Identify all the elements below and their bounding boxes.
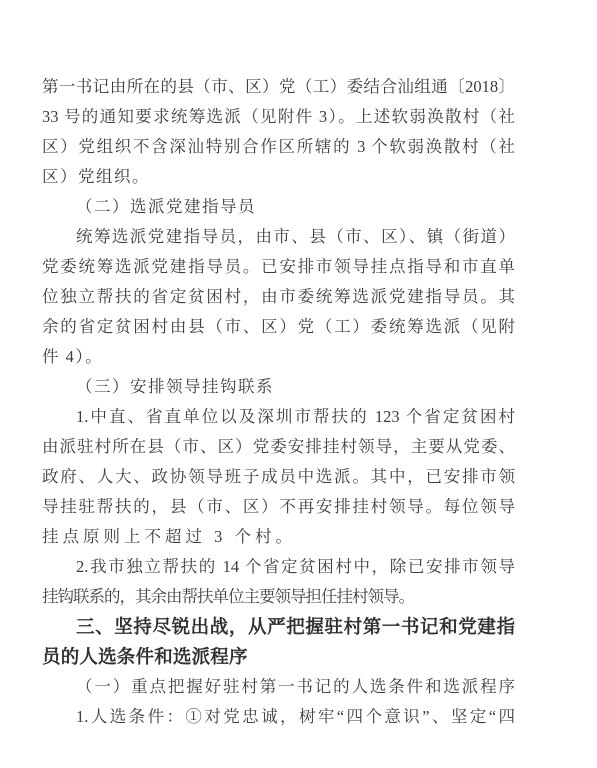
document-text-block: 第一书记由所在的县（市、区）党（工）委结合汕组通〔2018〕33 号的通知要求统… <box>42 72 515 732</box>
document-page: 第一书记由所在的县（市、区）党（工）委结合汕组通〔2018〕33 号的通知要求统… <box>0 0 597 768</box>
text-line: 由派驻村所在县（市、区）党委安排挂村领导，主要从党委、 <box>42 432 515 462</box>
heading-line: 员的人选条件和选派程序 <box>42 642 515 672</box>
text-line: 政府、人大、政协领导班子成员中选派。其中，已安排市领 <box>42 462 515 492</box>
text-line: 1.人选条件：①对党忠诚，树牢“四个意识”、坚定“四 <box>42 702 515 732</box>
text-line: （二）选派党建指导员 <box>42 192 515 222</box>
text-line: 1.中直、省直单位以及深圳市帮扶的 123 个省定贫困村 <box>42 402 515 432</box>
text-line: 挂钩联系的，其余由帮扶单位主要领导担任挂村领导。 <box>42 582 515 612</box>
text-line: 余的省定贫困村由县（市、区）党（工）委统筹选派（见附 <box>42 312 515 342</box>
text-line: 第一书记由所在的县（市、区）党（工）委结合汕组通〔2018〕 <box>42 72 515 102</box>
heading-line: 三、坚持尽锐出战，从严把握驻村第一书记和党建指导 <box>42 612 515 642</box>
text-line: 区）党组织。 <box>42 162 515 192</box>
text-line: 统筹选派党建指导员，由市、县（市、区）、镇（街道） <box>42 222 515 252</box>
text-line: 导挂驻帮扶的，县（市、区）不再安排挂村领导。每位领导 <box>42 492 515 522</box>
text-line: 党委统筹选派党建指导员。已安排市领导挂点指导和市直单 <box>42 252 515 282</box>
text-line: 挂点原则上不超过 3 个村。 <box>42 522 515 552</box>
text-line: （三）安排领导挂钩联系 <box>42 372 515 402</box>
text-line: 位独立帮扶的省定贫困村，由市委统筹选派党建指导员。其 <box>42 282 515 312</box>
text-line: （一）重点把握好驻村第一书记的人选条件和选派程序 <box>42 672 515 702</box>
text-line: 33 号的通知要求统筹选派（见附件 3）。上述软弱涣散村（社 <box>42 102 515 132</box>
text-line: 区）党组织不含深汕特别合作区所辖的 3 个软弱涣散村（社 <box>42 132 515 162</box>
text-line: 件 4）。 <box>42 342 515 372</box>
text-line: 2.我市独立帮扶的 14 个省定贫困村中，除已安排市领导 <box>42 552 515 582</box>
